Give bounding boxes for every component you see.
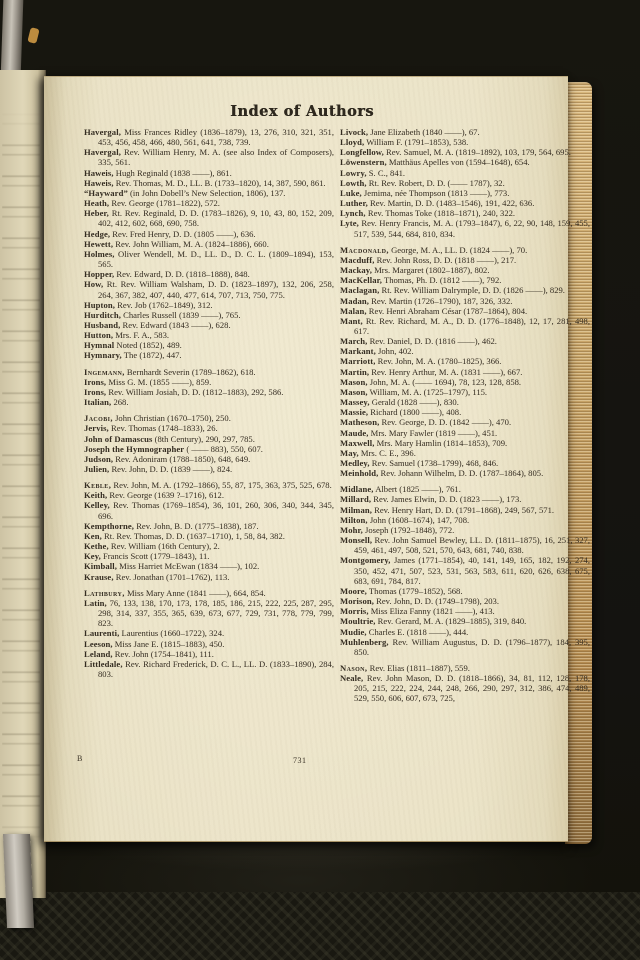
index-entry: Muhlenberg, Rev. William Augustus, D. D.… — [340, 637, 590, 657]
entry-author-name: Medley, — [340, 458, 370, 468]
index-letter-group: Livock, Jane Elizabeth (1840 ——), 67.Llo… — [340, 127, 590, 239]
entry-author-name: Meinhold, — [340, 468, 378, 478]
entry-author-name: Irons, — [84, 387, 106, 397]
page-number: 731 — [293, 756, 307, 765]
index-entry: Judson, Rev. Adoniram (1788–1850), 648, … — [84, 454, 334, 464]
entry-author-name: Krause, — [84, 572, 114, 582]
index-entry: Luther, Rev. Martin, D. D. (1483–1546), … — [340, 198, 590, 208]
index-letter-group: Macdonald, George, M. A., LL. D. (1824 —… — [340, 245, 590, 479]
entry-author-name: Marriott, — [340, 356, 376, 366]
entry-author-name: Hymnary, — [84, 350, 122, 360]
entry-author-name: How, — [84, 279, 103, 289]
entry-author-name: Massey, — [340, 397, 370, 407]
entry-author-name: Italian, — [84, 397, 111, 407]
index-entry: Milton, John (1608–1674), 147, 708. — [340, 515, 590, 525]
index-entry: Lynch, Rev. Thomas Toke (1818–1871), 240… — [340, 208, 590, 218]
index-entry: Moultrie, Rev. Gerard, M. A. (1829–1885)… — [340, 616, 590, 626]
entry-author-name: Lynch, — [340, 208, 366, 218]
book-page: Index of Authors Havergal, Miss Frances … — [44, 76, 568, 842]
index-entry: Lyte, Rev. Henry Francis, M. A. (1793–18… — [340, 218, 590, 238]
index-entry: Millard, Rev. James Elwin, D. D. (1823 —… — [340, 494, 590, 504]
entry-author-name: Maxwell, — [340, 438, 374, 448]
index-entry: Medley, Rev. Samuel (1738–1799), 468, 84… — [340, 458, 590, 468]
index-entry: Meinhold, Rev. Johann Wilhelm, D. D. (17… — [340, 468, 590, 478]
entry-author-name: Jervis, — [84, 423, 109, 433]
entry-author-name: Lyte, — [340, 218, 359, 228]
entry-author-name: Kethe, — [84, 541, 109, 551]
entry-author-name: Judson, — [84, 454, 113, 464]
entry-author-name: Muhlenberg, — [340, 637, 389, 647]
entry-author-name: Matheson, — [340, 417, 379, 427]
index-entry: Malan, Rev. Henri Abraham César (1787–18… — [340, 306, 590, 316]
entry-author-name: Hewett, — [84, 239, 113, 249]
index-entry: Montgomery, James (1771–1854), 40, 141, … — [340, 555, 590, 585]
entry-author-name: Joseph the Hymnographer — [84, 444, 184, 454]
entry-author-name: Malan, — [340, 306, 367, 316]
entry-author-name: Hedge, — [84, 229, 110, 239]
index-entry: Key, Francis Scott (1779–1843), 11. — [84, 551, 334, 561]
index-entry: Hutton, Mrs. F. A., 583. — [84, 330, 334, 340]
index-entry: Martin, Rev. Henry Arthur, M. A. (1831 —… — [340, 367, 590, 377]
entry-author-name: Hymnal — [84, 340, 114, 350]
entry-author-name: Lloyd, — [340, 137, 364, 147]
entry-author-name: Hopper, — [84, 269, 114, 279]
entry-author-name: Laurenti, — [84, 628, 119, 638]
index-entry: Morris, Miss Eliza Fanny (1821 ——), 413. — [340, 606, 590, 616]
entry-author-name: Mackay, — [340, 265, 372, 275]
index-entry: Julien, Rev. John, D. D. (1839 ——), 824. — [84, 464, 334, 474]
entry-author-name: Irons, — [84, 377, 106, 387]
entry-author-name: Mason, — [340, 387, 368, 397]
entry-author-name: Milton, — [340, 515, 368, 525]
book-cover-edge-bottom — [3, 834, 34, 928]
entry-author-name: Kempthorne, — [84, 521, 134, 531]
index-entry: Madan, Rev. Martin (1726–1790), 187, 326… — [340, 296, 590, 306]
index-entry: Mant, Rt. Rev. Richard, M. A., D. D. (17… — [340, 316, 590, 336]
index-entry: Littledale, Rev. Richard Frederick, D. C… — [84, 659, 334, 679]
entry-author-name: Moultrie, — [340, 616, 376, 626]
entry-author-name: Lowry, — [340, 168, 367, 178]
index-entry: Irons, Rev. William Josiah, D. D. (1812–… — [84, 387, 334, 397]
entry-author-name: “Hayward” — [84, 188, 128, 198]
entry-author-name: Leland, — [84, 649, 113, 659]
index-entry: Hurditch, Charles Russell (1839 ——), 765… — [84, 310, 334, 320]
index-entry: Keith, Rev. George (1639 ?–1716), 612. — [84, 490, 334, 500]
entry-author-name: Mohr, — [340, 525, 363, 535]
entry-author-name: March, — [340, 336, 367, 346]
entry-author-name: John of Damascus — [84, 434, 152, 444]
entry-author-name: Maclagan, — [340, 285, 379, 295]
index-entry: Mason, William, M. A. (1725–1797), 115. — [340, 387, 590, 397]
index-column-left: Havergal, Miss Frances Ridley (1836–1879… — [84, 127, 334, 685]
index-entry: Morison, Rev. John, D. D. (1749–1798), 2… — [340, 596, 590, 606]
index-entry: Luke, Jemima, née Thompson (1813 ——), 77… — [340, 188, 590, 198]
index-entry: Hymnal Noted (1852), 489. — [84, 340, 334, 350]
entry-author-name: Mudie, — [340, 627, 367, 637]
entry-author-name: Hurditch, — [84, 310, 121, 320]
entry-author-name: Haweis, — [84, 178, 114, 188]
index-entry: Longfellow, Rev. Samuel, M. A. (1819–189… — [340, 147, 590, 157]
entry-author-name: Keble, — [84, 480, 111, 490]
entry-author-name: Macdonald, — [340, 245, 389, 255]
index-entry: Kethe, Rev. William (16th Century), 2. — [84, 541, 334, 551]
index-entry: Heber, Rt. Rev. Reginald, D. D. (1783–18… — [84, 208, 334, 228]
entry-author-name: Madan, — [340, 296, 369, 306]
print-through-text — [2, 110, 40, 850]
entry-author-name: Mason, — [340, 377, 368, 387]
entry-author-name: Key, — [84, 551, 101, 561]
index-entry: Lloyd, William F. (1791–1853), 538. — [340, 137, 590, 147]
index-entry: Haweis, Rev. Thomas, M. D., LL. B. (1733… — [84, 178, 334, 188]
entry-author-name: Luke, — [340, 188, 362, 198]
entry-author-name: Hupton, — [84, 300, 115, 310]
index-entry: Macdonald, George, M. A., LL. D. (1824 —… — [340, 245, 590, 255]
index-entry: Husband, Rev. Edward (1843 ——), 628. — [84, 320, 334, 330]
entry-author-name: Maude, — [340, 428, 369, 438]
entry-author-name: Midlane, — [340, 484, 374, 494]
index-entry: Mudie, Charles E. (1818 ——), 444. — [340, 627, 590, 637]
entry-author-name: Ken, — [84, 531, 102, 541]
index-entry: Hupton, Rev. Job (1762–1849), 312. — [84, 300, 334, 310]
index-entry: Matheson, Rev. George, D. D. (1842 ——), … — [340, 417, 590, 427]
index-entry: Moore, Thomas (1779–1852), 568. — [340, 586, 590, 596]
entry-author-name: Luther, — [340, 198, 368, 208]
index-entry: How, Rt. Rev. William Walsham, D. D. (18… — [84, 279, 334, 299]
entry-author-name: Löwenstern, — [340, 157, 387, 167]
index-entry: Hopper, Rev. Edward, D. D. (1818–1888), … — [84, 269, 334, 279]
index-entry: Maxwell, Mrs. Mary Hamlin (1814–1853), 7… — [340, 438, 590, 448]
index-entry: Laurenti, Laurentius (1660–1722), 324. — [84, 628, 334, 638]
index-entry: MacKellar, Thomas, Ph. D. (1812 ——), 792… — [340, 275, 590, 285]
index-entry: Mackay, Mrs. Margaret (1802–1887), 802. — [340, 265, 590, 275]
entry-author-name: Moore, — [340, 586, 367, 596]
entry-author-name: Martin, — [340, 367, 369, 377]
entry-author-name: Livock, — [340, 127, 368, 137]
index-entry: Livock, Jane Elizabeth (1840 ——), 67. — [340, 127, 590, 137]
entry-author-name: Massie, — [340, 407, 368, 417]
photographed-book-scan: Index of Authors Havergal, Miss Frances … — [0, 0, 640, 960]
entry-author-name: Macduff, — [340, 255, 374, 265]
index-entry: John of Damascus (8th Century), 290, 297… — [84, 434, 334, 444]
entry-author-name: Keith, — [84, 490, 107, 500]
entry-author-name: Havergal, — [84, 147, 121, 157]
index-entry: Ken, Rt. Rev. Thomas, D. D. (1637–1710),… — [84, 531, 334, 541]
book-cover-edge-top — [1, 0, 24, 80]
index-entry: Heath, Rev. George (1781–1822), 572. — [84, 198, 334, 208]
running-header: Index of Authors — [230, 103, 374, 120]
index-entry: Latin, 76, 133, 138, 170, 173, 178, 185,… — [84, 598, 334, 628]
index-entry: Marriott, Rev. John, M. A. (1780–1825), … — [340, 356, 590, 366]
entry-author-name: Haweis, — [84, 168, 114, 178]
index-entry: Krause, Rev. Jonathan (1701–1762), 113. — [84, 572, 334, 582]
index-letter-group: Nason, Rev. Elias (1811–1887), 559.Neale… — [340, 663, 590, 704]
index-entry: Hedge, Rev. Fred Henry, D. D. (1805 ——),… — [84, 229, 334, 239]
entry-author-name: Ingemann, — [84, 367, 125, 377]
entry-author-name: Julien, — [84, 464, 109, 474]
entry-author-name: Leeson, — [84, 639, 113, 649]
entry-author-name: Kimball, — [84, 561, 117, 571]
entry-author-name: Latin, — [84, 598, 107, 608]
index-entry: Monsell, Rev. John Samuel Bewley, LL. D.… — [340, 535, 590, 555]
index-letter-group: Ingemann, Bernhardt Severin (1789–1862),… — [84, 367, 334, 408]
index-entry: Ingemann, Bernhardt Severin (1789–1862),… — [84, 367, 334, 377]
index-entry: Hewett, Rev. John William, M. A. (1824–1… — [84, 239, 334, 249]
entry-author-name: Millard, — [340, 494, 371, 504]
previous-page-edge — [0, 70, 46, 898]
index-entry: Nason, Rev. Elias (1811–1887), 559. — [340, 663, 590, 673]
index-entry: Jacobi, John Christian (1670–1750), 250. — [84, 413, 334, 423]
index-entry: Mohr, Joseph (1792–1848), 772. — [340, 525, 590, 535]
index-entry: Löwenstern, Matthäus Apelles von (1594–1… — [340, 157, 590, 167]
index-letter-group: Jacobi, John Christian (1670–1750), 250.… — [84, 413, 334, 474]
index-letter-group: Havergal, Miss Frances Ridley (1836–1879… — [84, 127, 334, 361]
entry-author-name: Jacobi, — [84, 413, 113, 423]
index-letter-group: Midlane, Albert (1825 ——), 761.Millard, … — [340, 484, 590, 657]
index-entry: Massey, Gerald (1828 ——), 830. — [340, 397, 590, 407]
index-entry: Havergal, Miss Frances Ridley (1836–1879… — [84, 127, 334, 147]
entry-author-name: Morris, — [340, 606, 369, 616]
entry-author-name: Montgomery, — [340, 555, 391, 565]
entry-author-name: Morison, — [340, 596, 374, 606]
entry-author-name: Markant, — [340, 346, 376, 356]
index-entry: Leeson, Miss Jane E. (1815–1883), 450. — [84, 639, 334, 649]
paper-fragment — [27, 27, 39, 44]
entry-author-name: May, — [340, 448, 359, 458]
index-entry: Kimball, Miss Harriet McEwan (1834 ——), … — [84, 561, 334, 571]
signature-mark: B — [77, 754, 82, 763]
index-column-right: Livock, Jane Elizabeth (1840 ——), 67.Llo… — [340, 127, 590, 710]
index-entry: Joseph the Hymnographer ( —— 883), 550, … — [84, 444, 334, 454]
index-entry: Hymnary, The (1872), 447. — [84, 350, 334, 360]
index-letter-group: Lathbury, Miss Mary Anne (1841 ——), 664,… — [84, 588, 334, 679]
index-entry: Milman, Rev. Henry Hart, D. D. (1791–186… — [340, 505, 590, 515]
entry-author-name: Heath, — [84, 198, 109, 208]
index-entry: Maude, Mrs. Mary Fawler (1819 ——), 451. — [340, 428, 590, 438]
index-entry: May, Mrs. C. E., 396. — [340, 448, 590, 458]
index-entry: Kempthorne, Rev. John, B. D. (1775–1838)… — [84, 521, 334, 531]
index-entry: Kelley, Rev. Thomas (1769–1854), 36, 101… — [84, 500, 334, 520]
entry-author-name: Littledale, — [84, 659, 123, 669]
index-entry: Massie, Richard (1800 ——), 408. — [340, 407, 590, 417]
entry-author-name: Hutton, — [84, 330, 113, 340]
entry-author-name: Mant, — [340, 316, 363, 326]
index-entry: Holmes, Oliver Wendell, M. D., LL. D., D… — [84, 249, 334, 269]
entry-author-name: Monsell, — [340, 535, 372, 545]
index-entry: Macduff, Rev. John Ross, D. D. (1818 ——)… — [340, 255, 590, 265]
index-entry: Keble, Rev. John, M. A. (1792–1866), 55,… — [84, 480, 334, 490]
entry-author-name: MacKellar, — [340, 275, 382, 285]
index-entry: Havergal, Rev. William Henry, M. A. (see… — [84, 147, 334, 167]
index-entry: Irons, Miss G. M. (1855 ——), 859. — [84, 377, 334, 387]
index-entry: Lowry, S. C., 841. — [340, 168, 590, 178]
index-entry: Markant, John, 402. — [340, 346, 590, 356]
index-entry: March, Rev. Daniel, D. D. (1816 ——), 462… — [340, 336, 590, 346]
index-entry: Maclagan, Rt. Rev. William Dalrymple, D.… — [340, 285, 590, 295]
index-entry: Lathbury, Miss Mary Anne (1841 ——), 664,… — [84, 588, 334, 598]
entry-author-name: Neale, — [340, 673, 363, 683]
entry-author-name: Milman, — [340, 505, 372, 515]
entry-author-name: Longfellow, — [340, 147, 384, 157]
index-entry: Italian, 268. — [84, 397, 334, 407]
entry-author-name: Holmes, — [84, 249, 115, 259]
entry-author-name: Havergal, — [84, 127, 121, 137]
index-entry: “Hayward” (in John Dobell’s New Selectio… — [84, 188, 334, 198]
entry-author-name: Nason, — [340, 663, 367, 673]
entry-author-name: Lathbury, — [84, 588, 125, 598]
index-entry: Neale, Rev. John Mason, D. D. (1818–1866… — [340, 673, 590, 703]
entry-author-name: Lowth, — [340, 178, 367, 188]
entry-author-name: Kelley, — [84, 500, 110, 510]
index-letter-group: Keble, Rev. John, M. A. (1792–1866), 55,… — [84, 480, 334, 582]
entry-author-name: Heber, — [84, 208, 109, 218]
index-entry: Lowth, Rt. Rev. Robert, D. D. (—— 1787),… — [340, 178, 590, 188]
entry-author-name: Husband, — [84, 320, 120, 330]
index-entry: Midlane, Albert (1825 ——), 761. — [340, 484, 590, 494]
index-entry: Haweis, Hugh Reginald (1838 ——), 861. — [84, 168, 334, 178]
index-entry: Jervis, Rev. Thomas (1748–1833), 26. — [84, 423, 334, 433]
index-entry: Mason, John, M. A. (—— 1694), 78, 123, 1… — [340, 377, 590, 387]
index-entry: Leland, Rev. John (1754–1841), 111. — [84, 649, 334, 659]
